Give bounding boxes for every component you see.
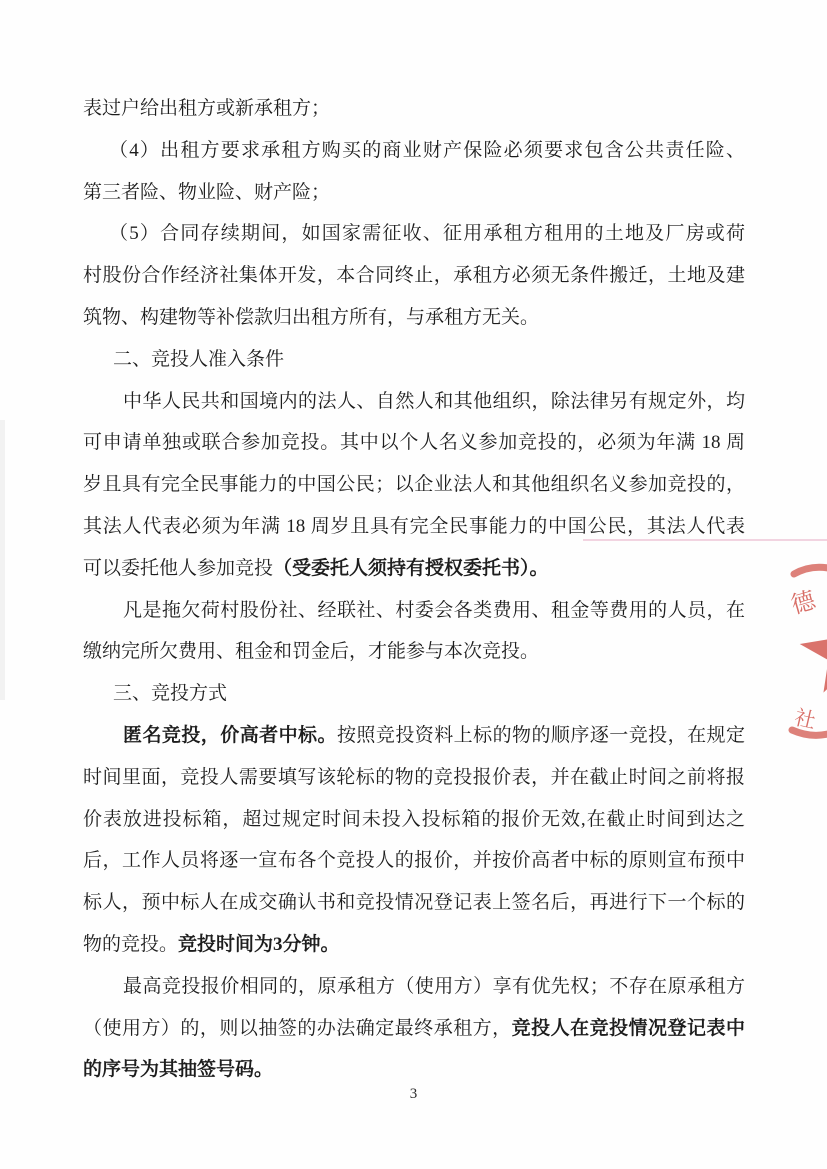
bold-text-segment: （受委托人须持有授权委托书）。 [273, 558, 549, 579]
text-line: 村股份合作经济社集体开发，本合同终止，承租方必须无条件搬迁，土地及建 [83, 255, 745, 297]
text-line: 二、竞投人准入条件 [83, 339, 745, 381]
text-segment: 村股份合作经济社集体开发，本合同终止，承租方必须无条件搬迁，土地及建 [83, 265, 745, 286]
text-line: 筑物、构建物等补偿款归出租方所有，与承租方无关。 [83, 297, 745, 339]
text-line: 匿名竞投，价高者中标。按照竞投资料上标的物的顺序逐一竞投，在规定 [83, 715, 745, 757]
bold-text-segment: 竞投时间为3分钟。 [178, 934, 340, 955]
text-segment: 物的竞投。 [83, 934, 178, 955]
text-line: 最高竞投报价相同的，原承租方（使用方）享有优先权；不存在原承租方 [83, 966, 745, 1008]
text-segment: （4）出租方要求承租方购买的商业财产保险必须要求包含公共责任险、 [109, 140, 745, 161]
bold-text-segment: 的序号为其抽签号码。 [83, 1059, 273, 1080]
text-segment: 筑物、构建物等补偿款归出租方所有，与承租方无关。 [83, 307, 539, 328]
scan-artifact-streak [0, 420, 5, 700]
bold-text-segment: 竞投人在竞投情况登记表中 [512, 1018, 745, 1039]
text-line: （5）合同存续期间，如国家需征收、征用承租方租用的土地及厂房或荷 [83, 213, 745, 255]
text-segment: 缴纳完所欠费用、租金和罚金后，才能参与本次竞投。 [83, 641, 539, 662]
text-segment: 最高竞投报价相同的，原承租方（使用方）享有优先权；不存在原承租方 [123, 976, 745, 997]
page-number: 3 [0, 1086, 827, 1103]
text-line: 的序号为其抽签号码。 [83, 1049, 745, 1091]
text-segment: 其法人代表必须为年满 18 周岁且具有完全民事能力的中国公民，其法人代表 [83, 516, 745, 537]
text-line: 表过户给出租方或新承租方； [83, 88, 745, 130]
text-line: 时间里面，竞投人需要填写该轮标的物的竞投报价表，并在截止时间之前将报 [83, 757, 745, 799]
text-line: 中华人民共和国境内的法人、自然人和其他组织，除法律另有规定外，均 [83, 381, 745, 423]
text-segment: 按照竞投资料上标的物的顺序逐一竞投，在规定 [337, 725, 745, 746]
text-segment: 可申请单独或联合参加竞投。其中以个人名义参加竞投的，必须为年满 18 周 [83, 432, 745, 453]
text-segment: 中华人民共和国境内的法人、自然人和其他组织，除法律另有规定外，均 [123, 391, 745, 412]
seal-char-top: 德 [788, 587, 819, 620]
text-segment: 二、竞投人准入条件 [113, 349, 284, 370]
seal-ring-top-arc [794, 567, 827, 574]
text-line: 物的竞投。竞投时间为3分钟。 [83, 924, 745, 966]
text-segment: （使用方）的，则以抽签的办法确定最终承租方， [83, 1018, 512, 1039]
text-line: 后，工作人员将逐一宣布各个竞投人的报价，并按价高者中标的原则宣布预中 [83, 840, 745, 882]
text-line: 可申请单独或联合参加竞投。其中以个人名义参加竞投的，必须为年满 18 周 [83, 422, 745, 464]
bold-text-segment: 匿名竞投，价高者中标。 [123, 725, 337, 746]
text-segment: 岁且具有完全民事能力的中国公民；以企业法人和其他组织名义参加竞投的， [83, 474, 745, 495]
text-line: 岁且具有完全民事能力的中国公民；以企业法人和其他组织名义参加竞投的， [83, 464, 745, 506]
text-line: 其法人代表必须为年满 18 周岁且具有完全民事能力的中国公民，其法人代表 [83, 506, 745, 548]
text-segment: 可以委托他人参加竞投 [83, 558, 273, 579]
text-line: （4）出租方要求承租方购买的商业财产保险必须要求包含公共责任险、 [83, 130, 745, 172]
text-line: 价表放进投标箱，超过规定时间未投入投标箱的报价无效,在截止时间到达之 [83, 799, 745, 841]
text-line: 缴纳完所欠费用、租金和罚金后，才能参与本次竞投。 [83, 631, 745, 673]
text-segment: 表过户给出租方或新承租方； [83, 98, 330, 119]
text-line: 凡是拖欠荷村股份社、经联社、村委会各类费用、租金等费用的人员，在 [83, 590, 745, 632]
text-segment: 价表放进投标箱，超过规定时间未投入投标箱的报价无效,在截止时间到达之 [83, 809, 745, 830]
body-text: 表过户给出租方或新承租方；（4）出租方要求承租方购买的商业财产保险必须要求包含公… [83, 88, 745, 1091]
text-line: 第三者险、物业险、财产险； [83, 172, 745, 214]
text-line: 标人，预中标人在成交确认书和竞投情况登记表上签名后，再进行下一个标的 [83, 882, 745, 924]
text-segment: 三、竞投方式 [113, 683, 227, 704]
text-line: 三、竞投方式 [83, 673, 745, 715]
text-segment: 标人，预中标人在成交确认书和竞投情况登记表上签名后，再进行下一个标的 [83, 892, 745, 913]
text-segment: 凡是拖欠荷村股份社、经联社、村委会各类费用、租金等费用的人员，在 [123, 600, 745, 621]
seal-char-bottom: 社 [792, 705, 818, 733]
official-seal-stamp: 德 社 [782, 550, 827, 750]
text-segment: 后，工作人员将逐一宣布各个竞投人的报价，并按价高者中标的原则宣布预中 [83, 850, 745, 871]
text-segment: 第三者险、物业险、财产险； [83, 182, 330, 203]
text-line: （使用方）的，则以抽签的办法确定最终承租方，竞投人在竞投情况登记表中 [83, 1008, 745, 1050]
text-line: 可以委托他人参加竞投（受委托人须持有授权委托书）。 [83, 548, 745, 590]
text-segment: （5）合同存续期间，如国家需征收、征用承租方租用的土地及厂房或荷 [109, 223, 745, 244]
text-segment: 时间里面，竞投人需要填写该轮标的物的竞投报价表，并在截止时间之前将报 [83, 767, 745, 788]
document-page: 德 社 表过户给出租方或新承租方；（4）出租方要求承租方购买的商业财产保险必须要… [0, 0, 827, 1169]
